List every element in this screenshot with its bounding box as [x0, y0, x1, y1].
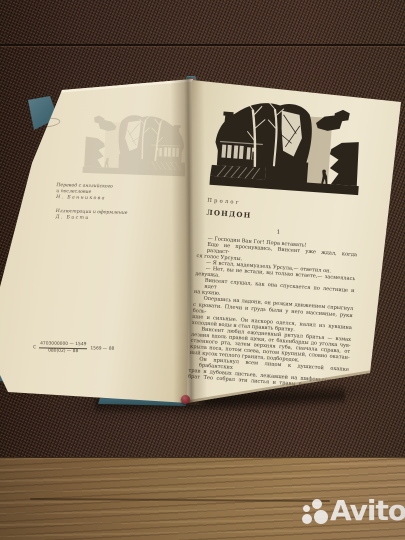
chapter-illustration: [208, 94, 366, 197]
show-through-illustration: [81, 110, 188, 178]
catalog-denominator: 080(02) — 88: [48, 348, 78, 354]
text-column: 1 — Господин Ван Гог! Пора вставать!Еще …: [187, 224, 358, 403]
catalog-code: С 4703000000 — 1549 080(02) — 88 1569 — …: [33, 341, 115, 354]
body-text: — Господин Ван Гог! Пора вставать!Еще не…: [188, 235, 358, 391]
designer-credits: Иллюстрации и оформлениеД. Бисти: [56, 209, 128, 223]
avito-watermark-text: Avito: [330, 494, 405, 527]
credit-line: Н. Банникова: [56, 195, 128, 203]
right-page: Пролог ЛОНДОН 1 — Господин Ван Гог! Пора…: [180, 75, 405, 410]
wood-crack: [30, 498, 330, 502]
bookmark-bead: [181, 395, 190, 404]
catalog-suffix: 1569 — 88: [90, 346, 114, 351]
placemat-seam: [0, 44, 405, 46]
translator-credits: Перевод с английскогои послесловиеН. Бан…: [56, 183, 128, 203]
catalog-prefix: С: [33, 345, 36, 350]
credits-block: Перевод с английскогои послесловиеН. Бан…: [56, 183, 129, 223]
catalog-fraction: 4703000000 — 1549 080(02) — 88: [39, 341, 87, 354]
avito-logo-icon: [296, 492, 330, 528]
right-page-content: Пролог ЛОНДОН 1 — Господин Ван Гог! Пора…: [181, 91, 394, 405]
avito-watermark: Avito: [296, 492, 405, 540]
